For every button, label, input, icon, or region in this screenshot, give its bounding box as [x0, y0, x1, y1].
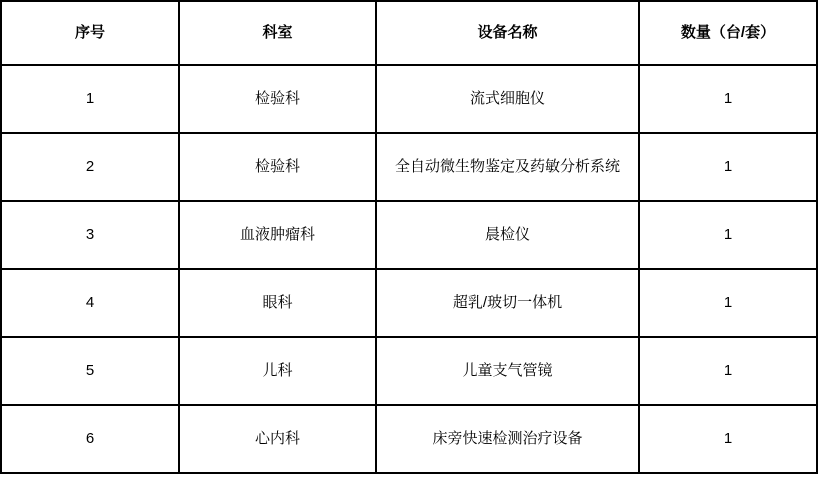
header-cell-device: 设备名称 [376, 1, 639, 65]
cell-dept: 眼科 [179, 269, 376, 337]
cell-quantity: 1 [639, 65, 817, 133]
equipment-table: 序号 科室 设备名称 数量（台/套） 1 检验科 流式细胞仪 1 2 检验科 全… [0, 0, 818, 474]
cell-quantity: 1 [639, 201, 817, 269]
header-cell-seq: 序号 [1, 1, 179, 65]
cell-quantity: 1 [639, 269, 817, 337]
header-cell-quantity: 数量（台/套） [639, 1, 817, 65]
table-header-row: 序号 科室 设备名称 数量（台/套） [1, 1, 817, 65]
cell-seq: 3 [1, 201, 179, 269]
cell-dept: 儿科 [179, 337, 376, 405]
table-row: 5 儿科 儿童支气管镜 1 [1, 337, 817, 405]
cell-dept: 检验科 [179, 133, 376, 201]
cell-device: 儿童支气管镜 [376, 337, 639, 405]
table-row: 3 血液肿瘤科 晨检仪 1 [1, 201, 817, 269]
cell-quantity: 1 [639, 133, 817, 201]
cell-seq: 4 [1, 269, 179, 337]
table-row: 1 检验科 流式细胞仪 1 [1, 65, 817, 133]
cell-seq: 5 [1, 337, 179, 405]
cell-quantity: 1 [639, 337, 817, 405]
cell-device: 超乳/玻切一体机 [376, 269, 639, 337]
table-row: 2 检验科 全自动微生物鉴定及药敏分析系统 1 [1, 133, 817, 201]
cell-seq: 1 [1, 65, 179, 133]
document-page: 序号 科室 设备名称 数量（台/套） 1 检验科 流式细胞仪 1 2 检验科 全… [0, 0, 818, 477]
cell-quantity: 1 [639, 405, 817, 473]
cell-seq: 6 [1, 405, 179, 473]
cell-device: 全自动微生物鉴定及药敏分析系统 [376, 133, 639, 201]
cell-seq: 2 [1, 133, 179, 201]
header-cell-dept: 科室 [179, 1, 376, 65]
cell-device: 床旁快速检测治疗设备 [376, 405, 639, 473]
table-row: 6 心内科 床旁快速检测治疗设备 1 [1, 405, 817, 473]
cell-dept: 血液肿瘤科 [179, 201, 376, 269]
cell-dept: 心内科 [179, 405, 376, 473]
cell-device: 流式细胞仪 [376, 65, 639, 133]
table-row: 4 眼科 超乳/玻切一体机 1 [1, 269, 817, 337]
cell-device: 晨检仪 [376, 201, 639, 269]
cell-dept: 检验科 [179, 65, 376, 133]
